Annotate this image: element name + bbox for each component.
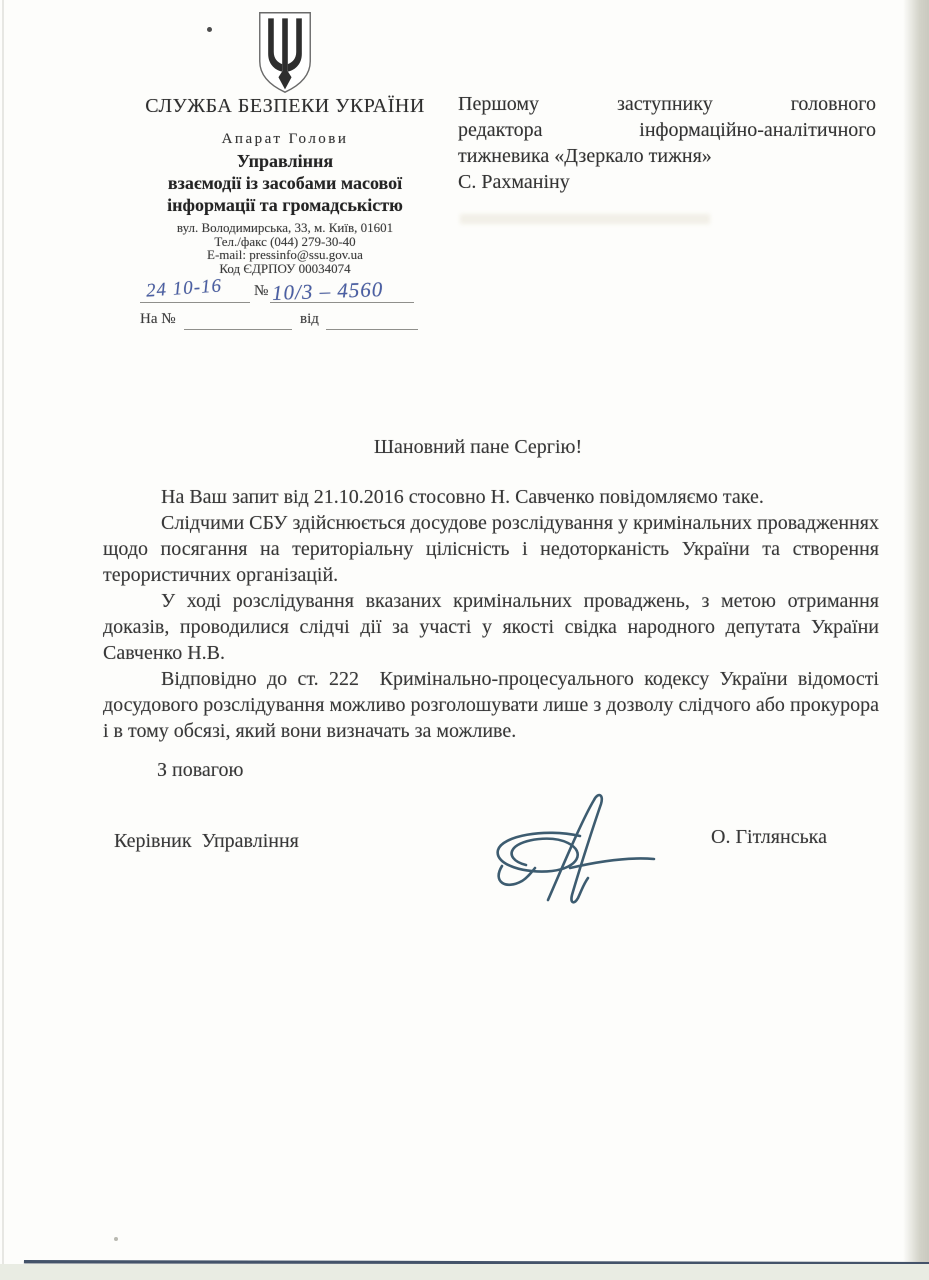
reply-from-underline [326, 296, 418, 330]
paragraph: На Ваш запит від 21.10.2016 стосовно Н. … [103, 484, 879, 510]
ukraine-trident-emblem [252, 9, 318, 95]
reply-from-label: від [300, 311, 319, 328]
addressee-line: тижневика «Дзеркало тижня» [458, 143, 876, 169]
addressee-block: Першому заступнику головного редактора і… [458, 91, 876, 195]
addressee-line: редактора інформаційно-аналітичного [458, 117, 876, 143]
scan-bottom-strip [0, 1264, 929, 1280]
signer-name: О. Гітлянська [711, 826, 827, 849]
scan-smudge [460, 214, 710, 224]
handwritten-signature [480, 788, 670, 910]
scan-edge-left [2, 0, 4, 1280]
department-name: Управління взаємодії із засобами масової… [112, 150, 458, 216]
scan-edge-right [903, 0, 929, 1280]
reply-no-underline [184, 296, 292, 330]
letter-body: На Ваш запит від 21.10.2016 стосовно Н. … [103, 484, 879, 744]
department-line: Управління [112, 150, 458, 172]
scan-speck [207, 27, 212, 32]
letter-page: СЛУЖБА БЕЗПЕКИ УКРАЇНИ Апарат Голови Упр… [0, 0, 929, 1280]
paragraph: Відповідно до ст. 222 Кримінально-процес… [103, 666, 879, 744]
paragraph: Слідчими СБУ здійснюється досудове розсл… [103, 510, 879, 588]
street-address: вул. Володимирська, 33, м. Київ, 01601 [112, 221, 458, 235]
phone-fax: Тел./факс (044) 279-30-40 [112, 235, 458, 249]
email: E-mail: pressinfo@ssu.gov.ua [112, 248, 458, 262]
contact-block: вул. Володимирська, 33, м. Київ, 01601 Т… [112, 221, 458, 275]
signer-position: Керівник Управління [114, 830, 299, 853]
addressee-name: С. Рахманіну [458, 169, 876, 195]
salutation: Шановний пане Сергію! [103, 436, 853, 459]
addressee-line: Першому заступнику головного [458, 91, 876, 117]
reply-no-label: На № [140, 311, 176, 328]
org-name: СЛУЖБА БЕЗПЕКИ УКРАЇНИ [112, 95, 458, 118]
org-unit: Апарат Голови [112, 131, 458, 148]
trident-center-prong-icon [282, 18, 288, 70]
department-line: інформації та громадськістю [112, 194, 458, 216]
department-line: взаємодії із засобами масової [112, 172, 458, 194]
scan-speck [114, 1237, 118, 1241]
closing-regards: З повагою [157, 759, 243, 782]
paragraph: У ході розслідування вказаних кримінальн… [103, 588, 879, 666]
